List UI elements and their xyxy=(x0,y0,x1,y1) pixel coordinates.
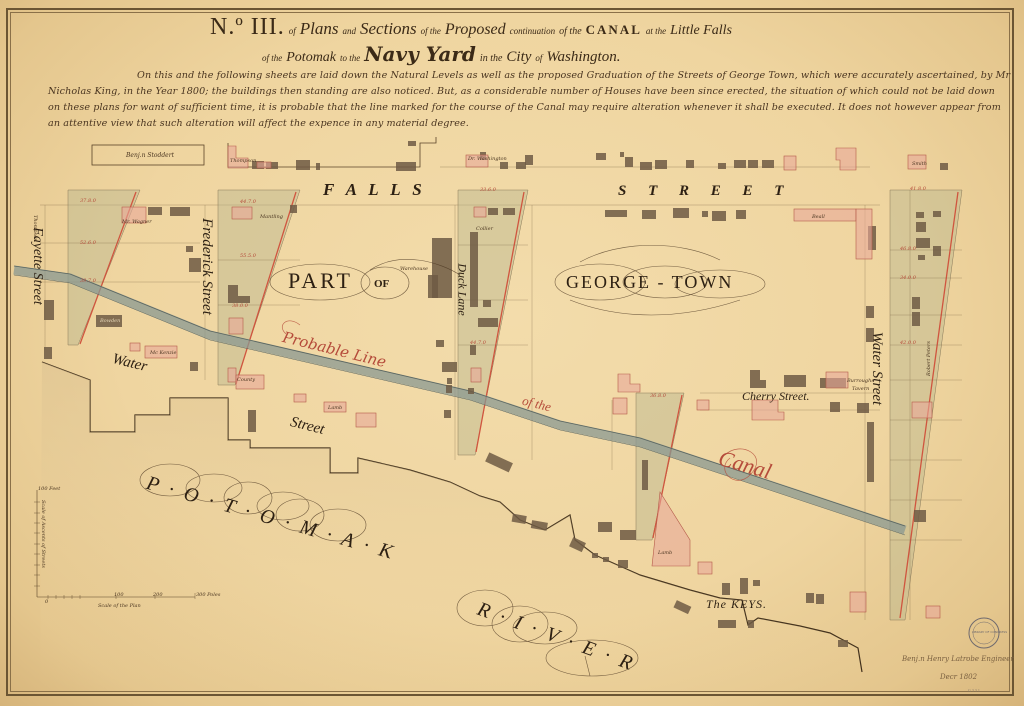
owner-tavern: Tavern xyxy=(852,386,869,392)
title-text: Sections xyxy=(360,19,417,38)
owner-wagner: Mr. Wagner xyxy=(122,219,152,225)
title-text: to the xyxy=(340,53,360,63)
owner-lamb: Lamb xyxy=(328,405,342,411)
stamp-text: LIBRARY OF CONGRESS xyxy=(972,630,1007,634)
street-label: S T R E E T xyxy=(618,183,792,200)
level-mark: 42.0.0 xyxy=(900,340,916,346)
map-sheet: N.º III. of Plans and Sections of the Pr… xyxy=(0,0,1024,706)
owner-collier: Collier xyxy=(476,226,493,232)
title-text: of the xyxy=(262,53,282,63)
level-mark: 44.7.0 xyxy=(470,340,486,346)
level-mark: 33.6.0 xyxy=(480,187,496,193)
duck-lane-label: Duck Lane xyxy=(455,263,470,315)
owner-thompson: Thompson xyxy=(230,158,256,164)
level-mark: 37.8.0 xyxy=(80,198,96,204)
note-line-3: on these plans for want of sufficient ti… xyxy=(48,102,1001,113)
note-line-2: Nicholas King, in the Year 1800; the bui… xyxy=(48,86,995,97)
level-mark: 34.0.0 xyxy=(900,275,916,281)
level-mark: 55.5.0 xyxy=(240,253,256,259)
owner-thompson-left: Thompson xyxy=(32,215,38,241)
title-text: of xyxy=(535,53,542,63)
title-text: Potomak xyxy=(286,50,336,65)
owner-washington: Dr. Washington xyxy=(468,156,507,162)
owner-mantling: Mantling xyxy=(260,214,283,220)
title-text: of the xyxy=(421,26,441,36)
owner-beall: Beall xyxy=(812,214,825,220)
title-navy-yard: Navy Yard xyxy=(364,42,476,66)
falls-label: F A L L S xyxy=(323,180,426,200)
sheet-number: N.º III. xyxy=(210,14,285,40)
title-text: of the xyxy=(559,26,582,37)
scale-tick: 0 xyxy=(45,599,48,605)
title-text: City xyxy=(506,49,531,65)
water-street-right-label: Water Street xyxy=(868,332,885,405)
title-text: continuation xyxy=(510,26,556,36)
level-mark: 44.7.0 xyxy=(240,199,256,205)
level-mark: 41.8.0 xyxy=(910,186,926,192)
level-mark: 39.7.0 xyxy=(80,278,96,284)
owner-stoddert: Benj.n Stoddert xyxy=(126,152,174,159)
scale-tick: 300 Poles xyxy=(196,592,220,598)
owner-bowden: Bowden xyxy=(100,318,120,324)
part-label: PART xyxy=(288,268,353,294)
note-line-1: On this and the following sheets are lai… xyxy=(137,70,1010,81)
level-mark: 36.8.0 xyxy=(650,393,666,399)
title-text: Little Falls xyxy=(670,23,732,38)
level-mark: 46.8.0 xyxy=(900,246,916,252)
catalog-number: G 3 3 1 xyxy=(968,688,980,693)
owner-lamb-keys: Lamb xyxy=(658,550,672,556)
scale-horizontal-label: Scale of the Plan xyxy=(98,603,141,609)
scale-vertical-top: 100 Feet xyxy=(38,486,60,492)
title-text: Plans xyxy=(300,19,339,38)
title-text: of xyxy=(289,26,296,36)
scale-tick: 100 xyxy=(114,592,124,598)
title-canal: CANAL xyxy=(586,22,642,37)
signature-date: Decr 1802 xyxy=(940,673,977,681)
level-mark: 52.6.0 xyxy=(80,240,96,246)
title-text: Washington. xyxy=(546,49,620,65)
georgetown-label: GEORGE - TOWN xyxy=(566,272,733,293)
cherry-street-label: Cherry Street. xyxy=(742,389,810,404)
map-title-line1: N.º III. of Plans and Sections of the Pr… xyxy=(210,14,732,41)
scale-vertical-label: Scale of Ascents of Streets xyxy=(40,500,46,568)
level-mark: 38.0.0 xyxy=(232,303,248,309)
owner-mc-kenzie: Mc Kenzie xyxy=(150,350,176,356)
title-text: at the xyxy=(646,26,666,36)
owner-robert-peters: Robert Peters xyxy=(926,341,932,376)
signature-name: Benj.n Henry Latrobe Engineer xyxy=(902,655,1014,663)
note-line-4: an attentive view that such alteration w… xyxy=(48,118,469,129)
title-text: and xyxy=(343,26,357,36)
map-title-line2: of the Potomak to the Navy Yard in the C… xyxy=(262,42,620,66)
title-text: in the xyxy=(480,53,503,64)
the-keys-label: The KEYS. xyxy=(706,597,767,612)
scale-tick: 200 xyxy=(153,592,163,598)
of-label: OF xyxy=(374,278,389,290)
owner-warehouse: Warehouse xyxy=(400,266,428,272)
title-text: Proposed xyxy=(445,21,506,38)
frederick-street-label: Frederick Street xyxy=(198,218,215,315)
owner-county: County xyxy=(237,377,255,383)
owner-smith: Smith xyxy=(912,161,927,167)
owner-burroughs: Burroughs xyxy=(847,378,874,384)
